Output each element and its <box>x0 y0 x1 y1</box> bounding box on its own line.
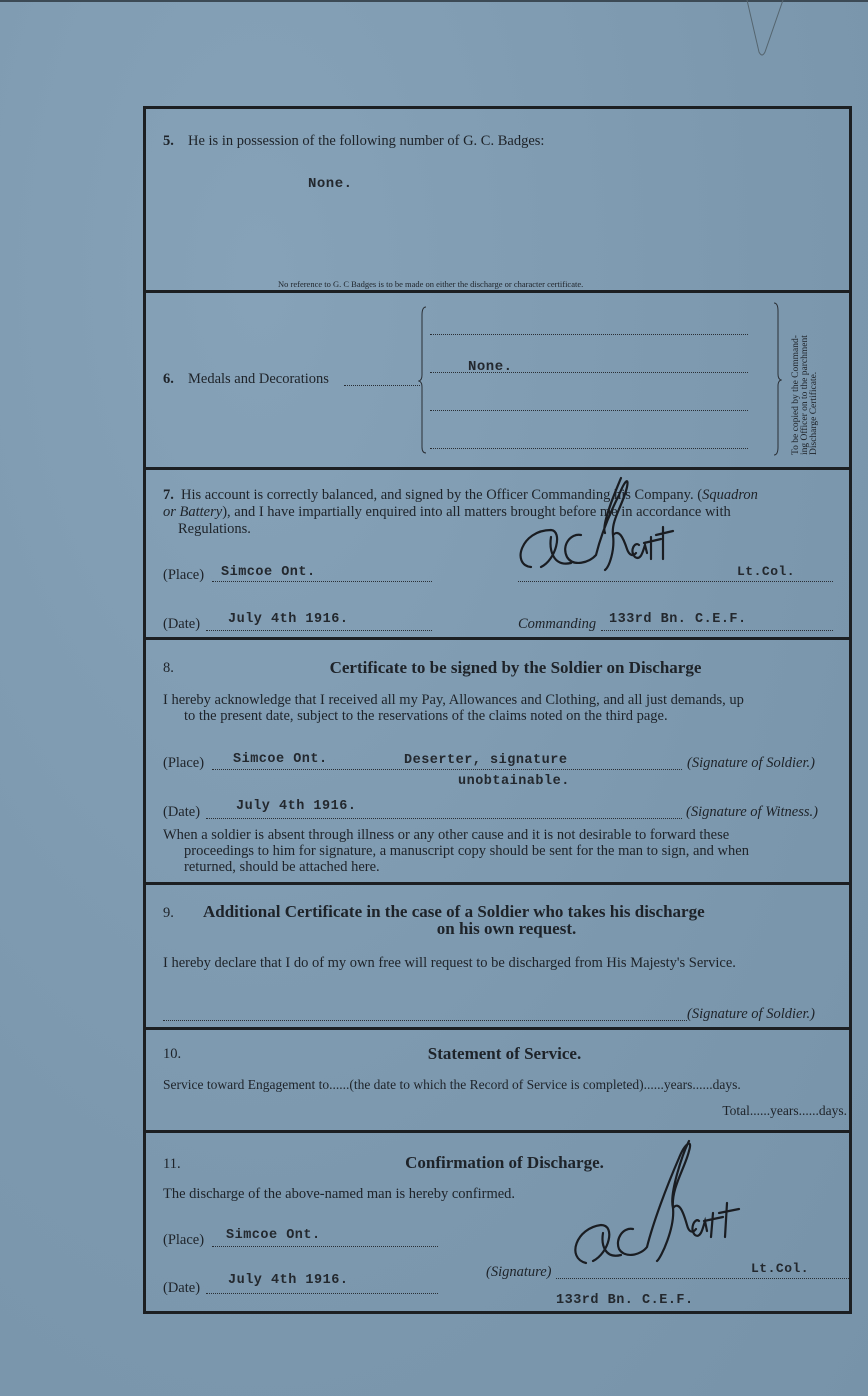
service-total-line: Total......years......days. <box>722 1103 847 1119</box>
section-title: Certificate to be signed by the Soldier … <box>146 658 849 678</box>
account-statement-end: Regulations. <box>178 521 251 538</box>
declaration-text: I hereby declare that I do of my own fre… <box>163 955 736 972</box>
service-engagement-line: Service toward Engagement to......(the d… <box>163 1077 741 1093</box>
date-label: (Date) <box>163 804 200 821</box>
rank: Lt.Col. <box>737 564 795 579</box>
place-label: (Place) <box>163 567 204 584</box>
paper-fold-mark <box>745 0 785 58</box>
section-5-gc-badges: 5. He is in possession of the following … <box>146 109 849 293</box>
section-11-confirmation: 11. Confirmation of Discharge. The disch… <box>146 1133 849 1311</box>
place-value: Simcoe Ont. <box>221 565 316 580</box>
medal-line-4 <box>430 448 748 449</box>
rank: Lt.Col. <box>751 1261 809 1276</box>
copy-instruction-note: To be copied by the Command- ing Officer… <box>792 335 819 455</box>
place-label: (Place) <box>163 1232 204 1249</box>
soldier-signature-line <box>163 1020 687 1021</box>
left-brace-icon <box>418 305 428 455</box>
place-value: Simcoe Ont. <box>226 1228 321 1243</box>
signature-label: (Signature) <box>486 1264 552 1281</box>
signature-line <box>556 1278 849 1279</box>
date-line <box>206 1293 438 1294</box>
commanding-value: 133rd Bn. C.E.F. <box>609 612 747 627</box>
date-line <box>206 630 432 631</box>
section-10-statement-of-service: 10. Statement of Service. Service toward… <box>146 1030 849 1133</box>
section-8-soldier-certificate: 8. Certificate to be signed by the Soldi… <box>146 640 849 885</box>
place-line <box>212 769 682 770</box>
commanding-line <box>601 630 833 631</box>
section-number: 6. <box>163 371 174 388</box>
section-number: 5. <box>163 133 174 150</box>
badges-note: No reference to G. C Badges is to be mad… <box>278 279 583 289</box>
section-9-own-request: 9. Additional Certificate in the case of… <box>146 885 849 1030</box>
place-label: (Place) <box>163 755 204 772</box>
section-6-medals: 6. Medals and Decorations None. To be co… <box>146 293 849 470</box>
section-text: He is in possession of the following num… <box>188 133 544 150</box>
medal-line-1 <box>430 334 748 335</box>
badges-value: None. <box>308 176 353 192</box>
place-line <box>212 581 432 582</box>
date-value: July 4th 1916. <box>228 1273 348 1288</box>
signature-line <box>518 581 833 582</box>
unit: 133rd Bn. C.E.F. <box>556 1293 694 1308</box>
medal-line-3 <box>430 410 748 411</box>
leader-dots <box>344 385 420 386</box>
section-title: Statement of Service. <box>146 1044 849 1064</box>
confirmation-text: The discharge of the above-named man is … <box>163 1186 515 1203</box>
right-brace-icon <box>772 301 782 457</box>
commanding-label: Commanding <box>518 616 596 633</box>
acknowledgement-text-cont: to the present date, subject to the rese… <box>184 708 668 725</box>
place-value: Simcoe Ont. <box>233 752 328 767</box>
section-number: 7. <box>163 487 174 504</box>
medals-label: Medals and Decorations <box>188 371 329 388</box>
witness-label: (Signature of Witness.) <box>686 804 818 821</box>
medal-line-2 <box>430 372 748 373</box>
discharge-form: 5. He is in possession of the following … <box>143 106 852 1314</box>
signature-pratt <box>561 1133 801 1273</box>
acknowledgement-text: I hereby acknowledge that I received all… <box>163 692 744 709</box>
absence-note-end: returned, should be attached here. <box>184 859 380 876</box>
date-value: July 4th 1916. <box>228 612 348 627</box>
date-label: (Date) <box>163 1280 200 1297</box>
signature-pratt <box>501 475 751 585</box>
absence-note: When a soldier is absent through illness… <box>163 827 729 844</box>
absence-note-cont: proceedings to him for signature, a manu… <box>184 843 749 860</box>
page-edge <box>0 0 868 2</box>
soldier-signature-label: (Signature of Soldier.) <box>687 755 815 772</box>
section-title-cont: on his own request. <box>146 919 849 939</box>
section-7-account: 7. His account is correctly balanced, an… <box>146 470 849 640</box>
soldier-signature-value: Deserter, signature <box>404 753 567 768</box>
soldier-signature-label: (Signature of Soldier.) <box>687 1006 815 1023</box>
place-line <box>212 1246 438 1247</box>
soldier-signature-value-cont: unobtainable. <box>458 774 570 789</box>
witness-line <box>206 818 682 819</box>
date-value: July 4th 1916. <box>236 799 356 814</box>
date-label: (Date) <box>163 616 200 633</box>
